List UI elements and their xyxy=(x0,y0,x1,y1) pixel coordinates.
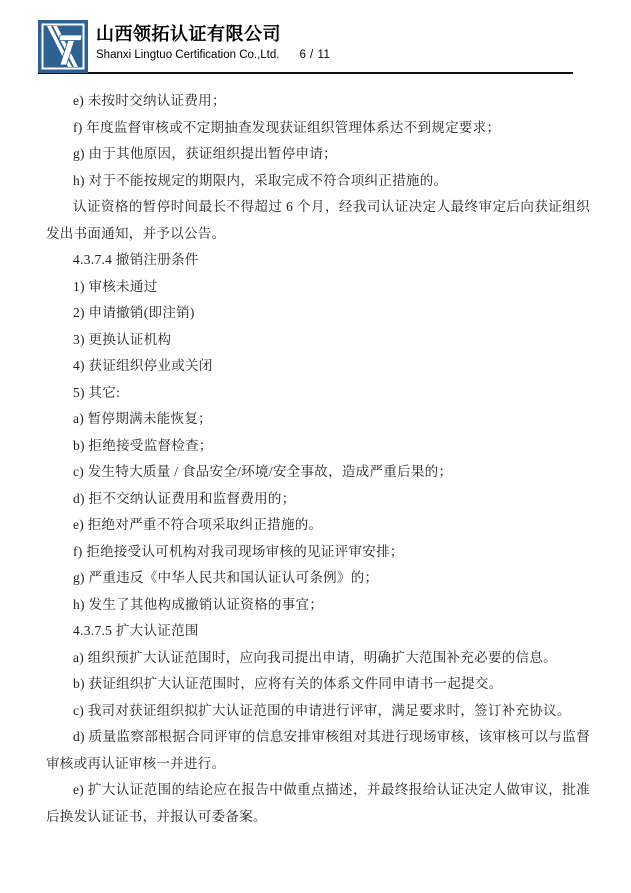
document-paragraph: 5) 其它: xyxy=(46,380,590,407)
document-paragraph: h) 对于不能按规定的期限内，采取完成不符合项纠正措施的。 xyxy=(46,168,590,195)
company-name-en: Shanxi Lingtuo Certification Co.,Ltd. xyxy=(96,48,279,63)
document-paragraph: 4.3.7.4 撤销注册条件 xyxy=(46,247,590,274)
document-paragraph: 3) 更换认证机构 xyxy=(46,327,590,354)
page-number: 6 / 11 xyxy=(299,48,330,63)
document-page: 山西领拓认证有限公司 Shanxi Lingtuo Certification … xyxy=(0,0,631,893)
document-paragraph: 认证资格的暂停时间最长不得超过 6 个月，经我司认证决定人最终审定后向获证组织发… xyxy=(46,194,590,247)
company-name-zh: 山西领拓认证有限公司 xyxy=(96,22,330,46)
header-text-block: 山西领拓认证有限公司 Shanxi Lingtuo Certification … xyxy=(96,20,330,63)
document-paragraph: 4) 获证组织停业或关闭 xyxy=(46,353,590,380)
document-paragraph: h) 发生了其他构成撤销认证资格的事宜； xyxy=(46,592,590,619)
document-paragraph: e) 未按时交纳认证费用； xyxy=(46,88,590,115)
document-body: e) 未按时交纳认证费用；f) 年度监督审核或不定期抽查发现获证组织管理体系达不… xyxy=(0,74,631,830)
document-paragraph: f) 年度监督审核或不定期抽查发现获证组织管理体系达不到规定要求； xyxy=(46,115,590,142)
document-paragraph: b) 获证组织扩大认证范围时，应将有关的体系文件同申请书一起提交。 xyxy=(46,671,590,698)
document-paragraph: 2) 申请撤销(即注销) xyxy=(46,300,590,327)
document-paragraph: 4.3.7.5 扩大认证范围 xyxy=(46,618,590,645)
document-paragraph: d) 质量监察部根据合同评审的信息安排审核组对其进行现场审核，该审核可以与监督审… xyxy=(46,724,590,777)
document-header: 山西领拓认证有限公司 Shanxi Lingtuo Certification … xyxy=(38,20,573,74)
document-paragraph: b) 拒绝接受监督检查； xyxy=(46,433,590,460)
document-paragraph: g) 严重违反《中华人民共和国认证认可条例》的； xyxy=(46,565,590,592)
document-paragraph: e) 扩大认证范围的结论应在报告中做重点描述，并最终报给认证决定人做审议，批准后… xyxy=(46,777,590,830)
document-paragraph: a) 组织预扩大认证范围时，应向我司提出申请，明确扩大范围补充必要的信息。 xyxy=(46,645,590,672)
document-paragraph: e) 拒绝对严重不符合项采取纠正措施的。 xyxy=(46,512,590,539)
document-paragraph: a) 暂停期满未能恢复； xyxy=(46,406,590,433)
document-paragraph: d) 拒不交纳认证费用和监督费用的； xyxy=(46,486,590,513)
document-paragraph: 1) 审核未通过 xyxy=(46,274,590,301)
document-paragraph: c) 发生特大质量 / 食品安全/环境/安全事故，造成严重后果的； xyxy=(46,459,590,486)
document-paragraph: f) 拒绝接受认可机构对我司现场审核的见证评审安排； xyxy=(46,539,590,566)
document-paragraph: g) 由于其他原因，获证组织提出暂停申请； xyxy=(46,141,590,168)
lingtuo-logo-icon xyxy=(38,20,88,73)
document-paragraph: c) 我司对获证组织拟扩大认证范围的申请进行评审，满足要求时，签订补充协议。 xyxy=(46,698,590,725)
